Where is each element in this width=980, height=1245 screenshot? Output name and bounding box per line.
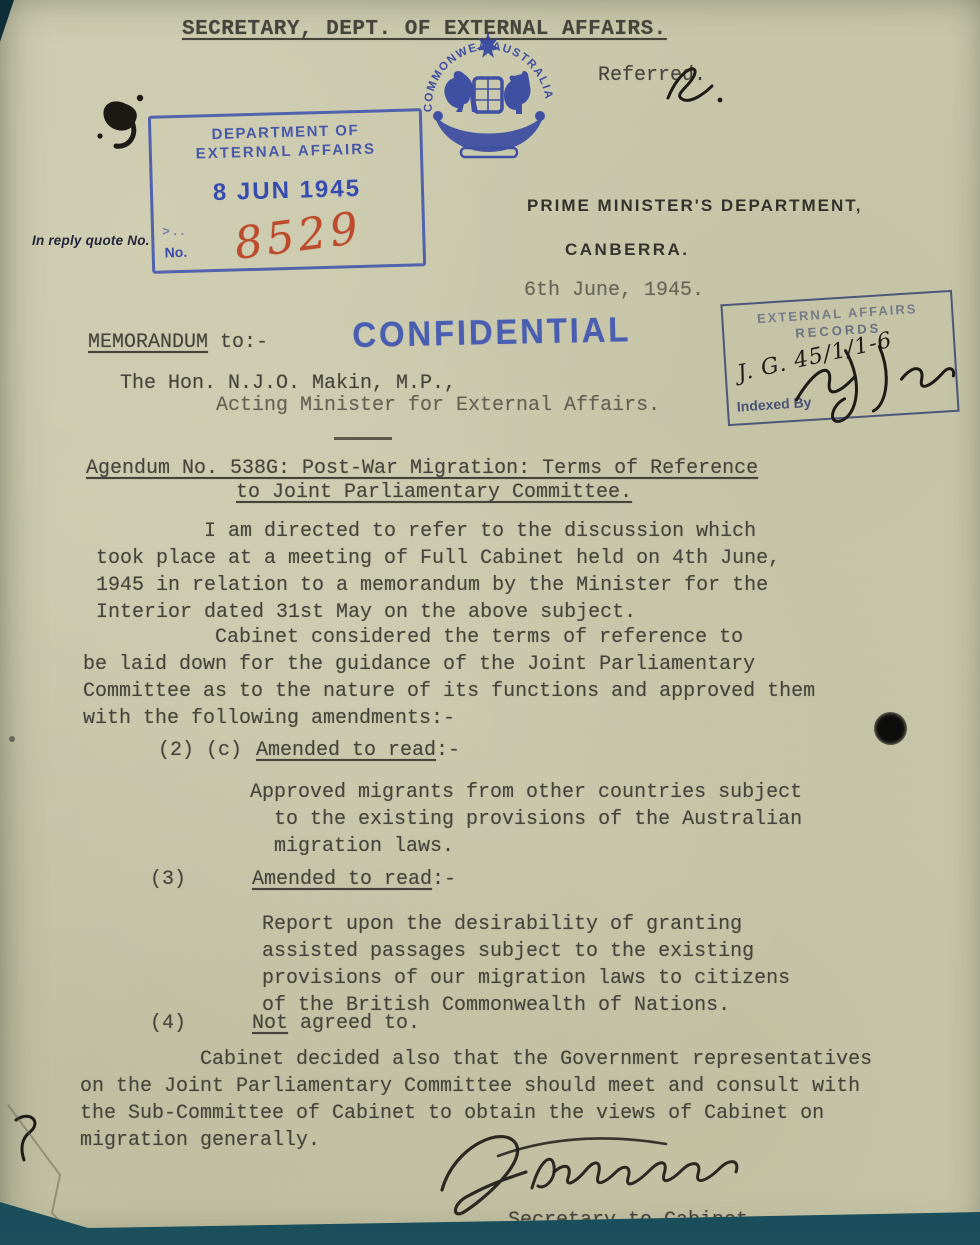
hole-punch (874, 712, 907, 745)
records-stamp: EXTERNAL AFFAIRS RECORDS J. G. 45/1/1-6 … (720, 290, 959, 426)
kangaroo-icon (444, 71, 478, 112)
item-3-heading-suffix: :- (432, 868, 456, 891)
commonwealth-coat-of-arms-icon: COMMONWEALTH AUSTRALIA (418, 24, 560, 182)
scanned-memorandum: SECRETARY, DEPT. OF EXTERNAL AFFAIRS. CO… (0, 0, 980, 1245)
body-paragraph-1: I am directed to refer to the discussion… (96, 518, 780, 626)
item-3-label: (3) (150, 866, 186, 893)
stamp-marks: > . . (162, 223, 184, 239)
item-2c-text: Approved migrants from other countries s… (250, 779, 802, 860)
subject-line2: to Joint Parliamentary Committee. (236, 479, 632, 506)
paper-sheet: SECRETARY, DEPT. OF EXTERNAL AFFAIRS. CO… (0, 0, 980, 1245)
letterhead-city: CANBERRA. (565, 240, 690, 260)
item-2c-heading-suffix: :- (436, 739, 460, 762)
paper-crease (0, 1095, 130, 1245)
item-3-text: Report upon the desirability of granting… (262, 911, 790, 1019)
body-paragraph-2: Cabinet considered the terms of referenc… (83, 624, 815, 732)
signature-title: Secretary to Cabinet. (508, 1207, 760, 1234)
item-2c-label: (2) (c) (158, 737, 242, 764)
stamp-no-label: No. (164, 244, 187, 261)
item-2c-heading: Amended to read:- (256, 737, 460, 764)
stamp-date: 8 JUN 1945 (153, 173, 422, 208)
letter-date: 6th June, 1945. (524, 277, 704, 304)
item-4-rest: agreed to. (288, 1012, 420, 1035)
memorandum-line: MEMORANDUM to:- (88, 329, 268, 356)
emu-icon (504, 71, 531, 114)
in-reply-quote-label: In reply quote No. (32, 233, 150, 248)
wattle-foliage-icon (434, 114, 544, 152)
indexer-signature-ink (787, 332, 962, 432)
item-3-heading-underlined: Amended to read (252, 868, 432, 891)
item-4-label: (4) (150, 1010, 186, 1037)
item-2c-heading-underlined: Amended to read (256, 739, 436, 762)
item-3-heading: Amended to read:- (252, 866, 456, 893)
confidential-stamp: CONFIDENTIAL (352, 310, 632, 356)
memorandum-suffix: to:- (208, 331, 268, 354)
letterhead-department: PRIME MINISTER'S DEPARTMENT, (527, 196, 863, 216)
addressee-title: Acting Minister for External Affairs. (216, 392, 660, 419)
item-4-not-underlined: Not (252, 1012, 288, 1035)
memorandum-word: MEMORANDUM (88, 331, 208, 354)
separator-rule (334, 437, 392, 440)
department-date-stamp: DEPARTMENT OF EXTERNAL AFFAIRS 8 JUN 194… (148, 108, 426, 274)
handwritten-file-number: 8529 (231, 202, 365, 269)
referred-initials-ink (662, 58, 742, 116)
item-4-text: Not agreed to. (252, 1010, 420, 1037)
margin-speck (9, 736, 15, 742)
subject-line1: Agendum No. 538G: Post-War Migration: Te… (86, 455, 758, 482)
